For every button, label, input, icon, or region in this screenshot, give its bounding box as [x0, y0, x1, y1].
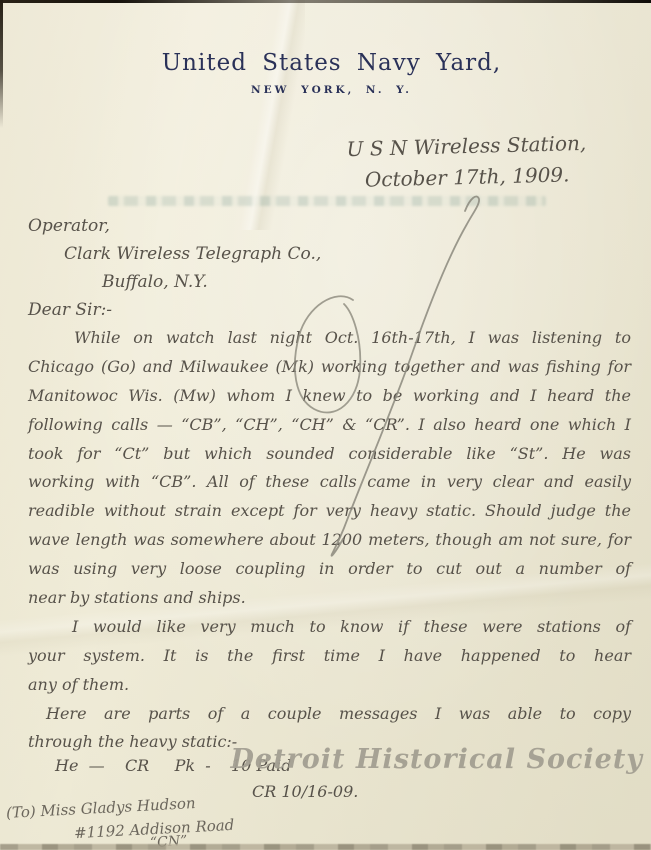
letter-line: your system. It is the first time I have… — [28, 642, 631, 671]
recipient-city: Buffalo, N.Y. — [28, 268, 321, 296]
letter-line: While on watch last night Oct. 16th-17th… — [28, 324, 631, 353]
letterhead: United States Navy Yard, NEW YORK, N. Y. — [6, 50, 651, 96]
date-line: October 17th, 1909. — [347, 159, 587, 196]
letter-line: any of them. — [28, 671, 631, 700]
recipient-block: Operator, Clark Wireless Telegraph Co., … — [28, 212, 321, 324]
letter-line: wave length was somewhere about 1200 met… — [28, 526, 631, 555]
faded-stamp-band — [108, 196, 546, 206]
letter-line: took for “Ct” but which sounded consider… — [28, 440, 631, 469]
recipient-operator: Operator, — [28, 212, 321, 240]
footer-recipient-name: (To) Miss Gladys Hudson — [6, 794, 196, 822]
letter-scan-page: United States Navy Yard, NEW YORK, N. Y.… — [0, 0, 651, 850]
letter-body: While on watch last night Oct. 16th-17th… — [28, 324, 631, 757]
letter-line: following calls — “CB”, “CH”, “CH” & “CR… — [28, 411, 631, 440]
letter-line: readible without strain except for very … — [28, 497, 631, 526]
letter-line: working with “CB”. All of these calls ca… — [28, 468, 631, 497]
watermark: Detroit Historical Society — [231, 744, 644, 775]
scan-edge-bottom — [0, 844, 651, 850]
letter-line: Chicago (Go) and Milwaukee (Mk) working … — [28, 353, 631, 382]
letter-line: Here are parts of a couple messages I wa… — [28, 700, 631, 729]
letter-line: was using very loose coupling in order t… — [28, 555, 631, 584]
copied-message-date: CR 10/16-09. — [252, 782, 358, 801]
letter-line: near by stations and ships. — [28, 584, 631, 613]
letter-line: I would like very much to know if these … — [28, 613, 631, 642]
letterhead-title: United States Navy Yard, — [6, 50, 651, 76]
letter-line: Manitowoc Wis. (Mw) whom I knew to be wo… — [28, 382, 631, 411]
letterhead-subtitle: NEW YORK, N. Y. — [6, 84, 651, 96]
salutation: Dear Sir:- — [28, 296, 321, 324]
scan-edge-top — [0, 0, 651, 3]
scan-edge-left — [0, 0, 3, 128]
dateline: U S N Wireless Station, October 17th, 19… — [347, 128, 588, 196]
recipient-company: Clark Wireless Telegraph Co., — [28, 240, 321, 268]
